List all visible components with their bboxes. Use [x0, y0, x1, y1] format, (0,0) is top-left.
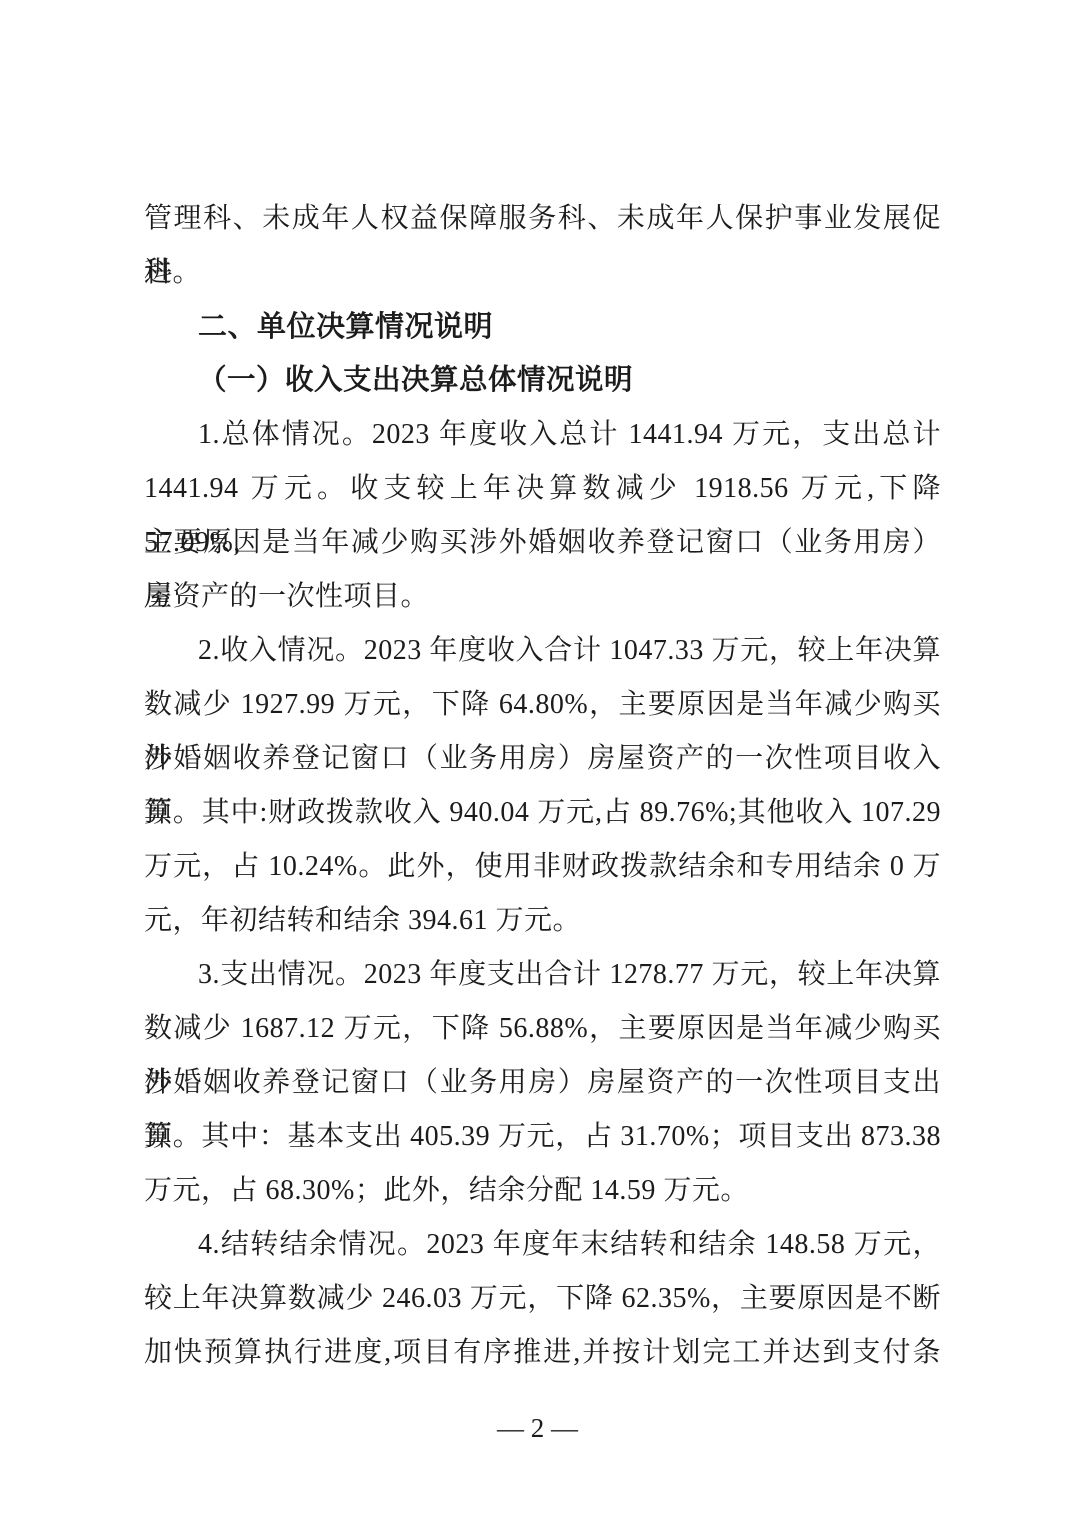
text-line: 2.收入情况。2023 年度收入合计 1047.33 万元，较上年决算	[144, 624, 941, 678]
text-line: 外婚姻收养登记窗口（业务用房）房屋资产的一次性项目收入预	[144, 732, 941, 786]
text-line: 万元，占 10.24%。此外，使用非财政拨款结余和专用结余 0 万	[144, 840, 941, 894]
text-line: 主要原因是当年减少购买涉外婚姻收养登记窗口（业务用房）房	[144, 516, 941, 570]
document-body: 管理科、未成年人权益保障服务科、未成年人保护事业发展促进科。二、单位决算情况说明…	[144, 192, 941, 1380]
text-line: 元，年初结转和结余 394.61 万元。	[144, 894, 941, 948]
text-line: 数减少 1927.99 万元，下降 64.80%，主要原因是当年减少购买涉	[144, 678, 941, 732]
document-page: 管理科、未成年人权益保障服务科、未成年人保护事业发展促进科。二、单位决算情况说明…	[0, 0, 1075, 1520]
text-line: 算。其中:财政拨款收入 940.04 万元,占 89.76%;其他收入 107.…	[144, 786, 941, 840]
text-line: 1441.94 万元。收支较上年决算数减少 1918.56 万元,下降 57.0…	[144, 462, 941, 516]
text-line: 科。	[144, 246, 941, 300]
text-line: 外婚姻收养登记窗口（业务用房）房屋资产的一次性项目支出预	[144, 1056, 941, 1110]
text-line: 万元，占 68.30%；此外，结余分配 14.59 万元。	[144, 1164, 941, 1218]
text-line: 加快预算执行进度,项目有序推进,并按计划完工并达到支付条	[144, 1326, 941, 1380]
text-line: 3.支出情况。2023 年度支出合计 1278.77 万元，较上年决算	[144, 948, 941, 1002]
text-line: 二、单位决算情况说明	[144, 300, 941, 354]
text-line: 4.结转结余情况。2023 年度年末结转和结余 148.58 万元，	[144, 1218, 941, 1272]
text-line: 屋资产的一次性项目。	[144, 570, 941, 624]
text-line: 数减少 1687.12 万元，下降 56.88%，主要原因是当年减少购买涉	[144, 1002, 941, 1056]
text-line: 1.总体情况。2023 年度收入总计 1441.94 万元，支出总计	[144, 408, 941, 462]
text-line: （一）收入支出决算总体情况说明	[144, 354, 941, 408]
page-number: — 2 —	[0, 1401, 1075, 1455]
text-line: 管理科、未成年人权益保障服务科、未成年人保护事业发展促进	[144, 192, 941, 246]
paragraph: 2.收入情况。2023 年度收入合计 1047.33 万元，较上年决算数减少 1…	[144, 624, 941, 948]
paragraph: 4.结转结余情况。2023 年度年末结转和结余 148.58 万元，较上年决算数…	[144, 1218, 941, 1380]
paragraph: 管理科、未成年人权益保障服务科、未成年人保护事业发展促进科。	[144, 192, 941, 300]
paragraph: 3.支出情况。2023 年度支出合计 1278.77 万元，较上年决算数减少 1…	[144, 948, 941, 1218]
subsection-heading: （一）收入支出决算总体情况说明	[144, 354, 941, 408]
section-heading: 二、单位决算情况说明	[144, 300, 941, 354]
paragraph: 1.总体情况。2023 年度收入总计 1441.94 万元，支出总计1441.9…	[144, 408, 941, 624]
text-line: 较上年决算数减少 246.03 万元，下降 62.35%，主要原因是不断	[144, 1272, 941, 1326]
text-line: 算。其中：基本支出 405.39 万元，占 31.70%；项目支出 873.38	[144, 1110, 941, 1164]
